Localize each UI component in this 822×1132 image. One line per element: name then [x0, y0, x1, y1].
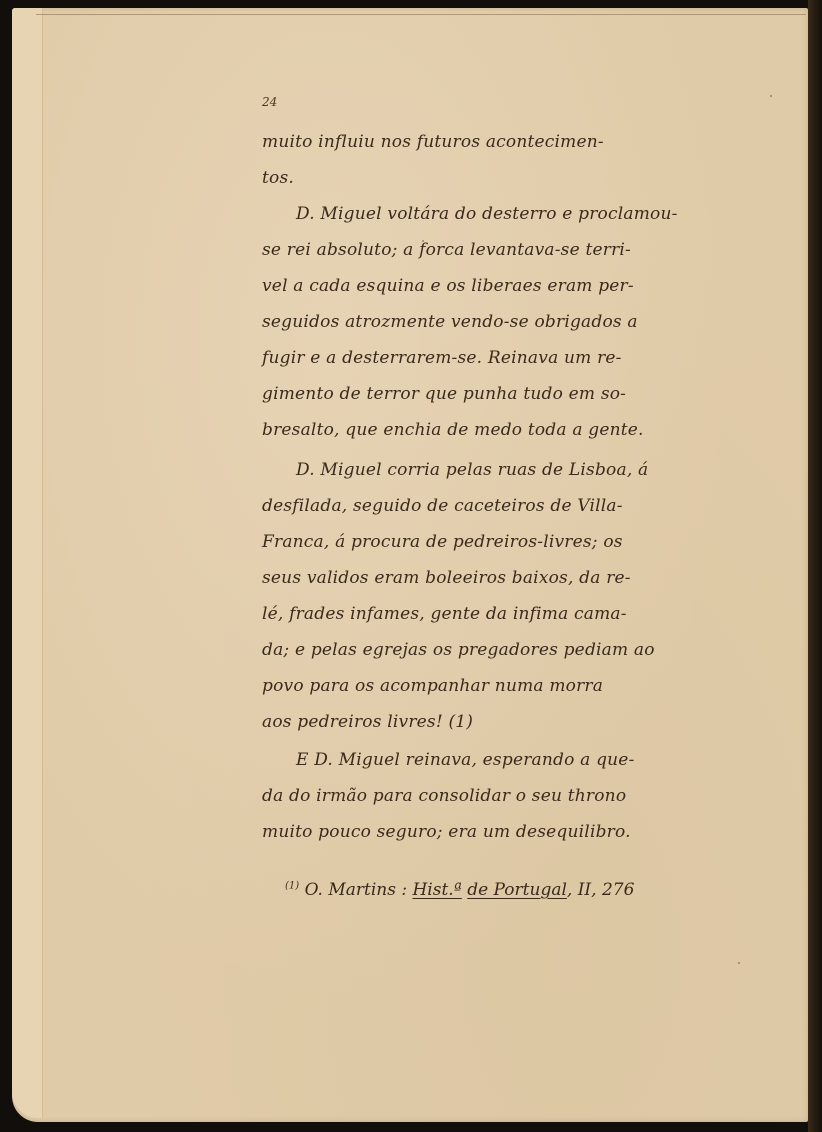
manuscript-line: desfilada, seguido de caceteiros de Vill… [262, 496, 623, 516]
manuscript-line: se rei absoluto; a forca levantava-se te… [262, 240, 631, 260]
manuscript-line: da; e pelas egrejas os pregadores pediam… [262, 640, 655, 660]
footnote-author: O. Martins : [305, 880, 408, 900]
paper-speck [738, 962, 740, 964]
manuscript-line: muito influiu nos futuros acontecimen- [262, 132, 604, 152]
deckled-left-edge [12, 8, 43, 1118]
manuscript-line: Franca, á procura de pedreiros-livres; o… [262, 532, 623, 552]
manuscript-line: D. Miguel voltára do desterro e proclamo… [296, 204, 678, 224]
paper-speck [770, 95, 772, 97]
paper-speck [422, 240, 424, 242]
manuscript-line: vel a cada esquina e os liberaes eram pe… [262, 276, 634, 296]
page-number: 24 [262, 95, 277, 109]
manuscript-line: povo para os acompanhar numa morra [262, 676, 603, 696]
manuscript-line: fugir e a desterrarem-se. Reinava um re- [262, 348, 622, 368]
paper-sheet [12, 8, 808, 1122]
manuscript-line: D. Miguel corria pelas ruas de Lisboa, á [296, 460, 648, 480]
manuscript-line: seguidos atrozmente vendo-se obrigados a [262, 312, 638, 332]
binding-shadow [808, 0, 822, 1132]
manuscript-line: tos. [262, 168, 294, 188]
manuscript-line: gimento de terror que punha tudo em so- [262, 384, 626, 404]
footnote-title: de Portugal [467, 880, 567, 900]
footnote: (1) O. Martins : Hist.ª de Portugal, II,… [285, 880, 634, 900]
manuscript-line: aos pedreiros livres! (1) [262, 712, 473, 732]
footnote-marker: (1) [285, 880, 299, 891]
manuscript-line: muito pouco seguro; era um desequilibro. [262, 822, 631, 842]
manuscript-line: lé, frades infames, gente da infima cama… [262, 604, 627, 624]
manuscript-line: bresalto, que enchia de medo toda a gent… [262, 420, 644, 440]
footnote-reference: , II, 276 [567, 880, 635, 900]
manuscript-line: E D. Miguel reinava, esperando a que- [296, 750, 635, 770]
manuscript-line: da do irmão para consolidar o seu throno [262, 786, 626, 806]
manuscript-line: seus validos eram boleeiros baixos, da r… [262, 568, 631, 588]
footnote-title-abbrev: Hist.ª [412, 880, 461, 900]
scanned-page: 24 muito influiu nos futuros acontecimen… [0, 0, 822, 1132]
top-fold-line [36, 14, 806, 15]
